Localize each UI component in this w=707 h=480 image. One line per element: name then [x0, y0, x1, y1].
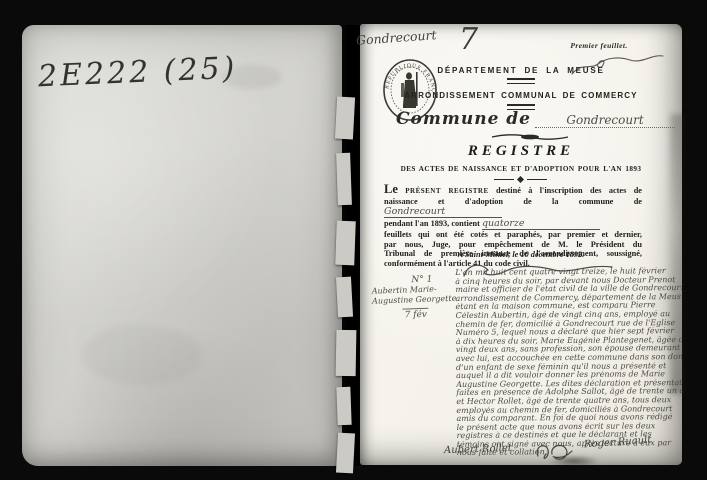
torn-paper-stub [336, 277, 353, 318]
first-leaf-label: Premier feuillet. [556, 41, 642, 50]
preamble-text: naissance et d'adoption de la commune de [384, 197, 642, 206]
torn-paper-stub [336, 387, 351, 425]
torn-paper-stub [335, 97, 355, 140]
signature-paraphe-icon [532, 440, 574, 464]
small-divider-icon [371, 176, 671, 183]
preamble-line: pendant l'an 1893, contient quatorze [384, 218, 642, 230]
archive-code-handwriting: 2E222 (25) [37, 51, 238, 95]
seal-figure [401, 72, 418, 108]
paper-smudge [82, 325, 202, 385]
torn-paper-stub [335, 221, 356, 266]
act-body-handwriting: L'an mil huit cent quatre vingt treize, … [455, 267, 683, 458]
registre-subtitle: DES ACTES DE NAISSANCE ET D'ADOPTION POU… [371, 165, 671, 173]
preamble-line: naissance et d'adoption de la commune de… [384, 197, 642, 219]
preamble-text: destiné à l'inscription des actes de [496, 186, 642, 195]
preamble-text: pendant l'an 1893, contient [384, 219, 480, 228]
preamble-line: par nous, Juge, pour empêchement de M. l… [384, 240, 642, 250]
torn-paper-stub [336, 433, 355, 474]
commune-label: Commune de [396, 109, 531, 129]
act-name-line: Augustine Georgette [372, 293, 468, 306]
preamble-line: Le présent registre destiné à l'inscript… [384, 185, 642, 197]
divider-rule [507, 78, 535, 84]
preamble-smallcaps: présent registre [405, 187, 488, 195]
book-scan: 2E222 (25) Gondrecourt 7 Premier feuille… [0, 0, 707, 480]
commune-name-annotation: Gondrecourt [356, 27, 437, 48]
ornament-divider-icon [371, 133, 671, 141]
paraphe-flourish-icon [568, 50, 666, 80]
commune-line: Commune de Gondrecourt [396, 109, 675, 129]
act-margin-note: N° 1 Aubertin Marie- Augustine Georgette… [371, 273, 469, 321]
folio-number-annotation: 7 [459, 22, 478, 57]
department-line: DÉPARTEMENT DE LA MEUSE [371, 66, 671, 75]
registre-title: REGISTRE [371, 143, 671, 160]
folio-count-handwriting: quatorze [482, 218, 600, 230]
commune-fill-handwriting: Gondrecourt [384, 206, 502, 218]
preamble-line: feuillets qui ont été cotés et paraphés,… [384, 230, 642, 240]
right-page: Gondrecourt 7 Premier feuillet. RÉPUBLIQ… [360, 24, 682, 465]
torn-paper-stub [336, 153, 352, 205]
preamble-leadcap: Le [384, 182, 398, 196]
district-line: ARRONDISSEMENT COMMUNAL DE COMMERCY [371, 91, 671, 100]
torn-paper-stub [336, 330, 357, 376]
commune-fill-handwriting: Gondrecourt [535, 113, 675, 128]
left-page: 2E222 (25) [22, 25, 342, 466]
